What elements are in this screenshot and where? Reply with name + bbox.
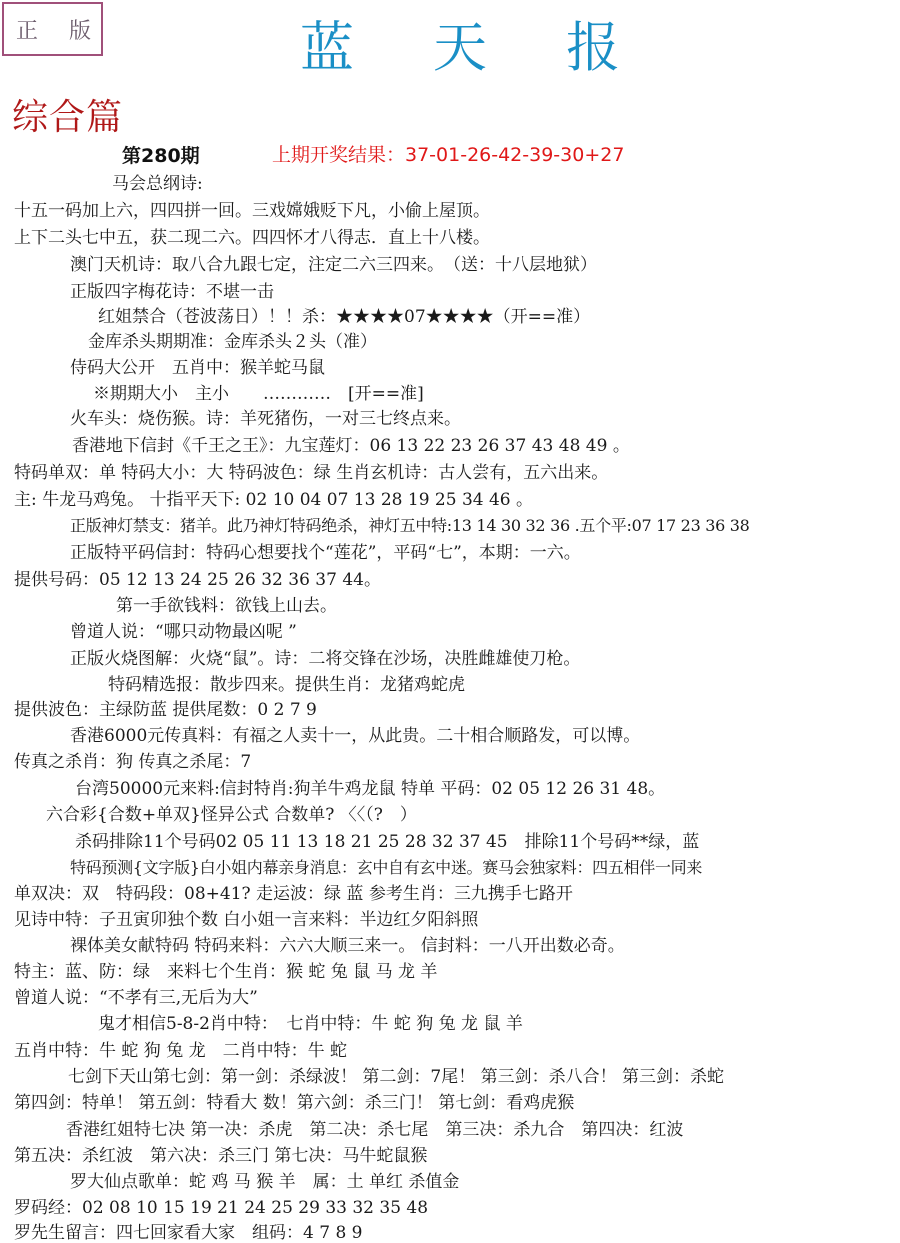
article-line: ※期期大小 主小 ………… [开==准] (93, 382, 424, 406)
masthead-char: 报 (566, 18, 620, 78)
article-line: 六合彩{合数+单双}怪异公式 合数单? 〈〈（? ） (46, 803, 417, 827)
article-line: 罗码经：02 08 10 15 19 21 24 25 29 33 32 35 … (14, 1196, 428, 1220)
article-line: 金库杀头期期准：金库杀头２头（准） (88, 330, 377, 354)
article-line: 红姐禁合（苍波荡日）！！杀：★★★★07★★★★（开==准） (98, 305, 590, 329)
article-line: 第一手欲钱料：欲钱上山去。 (116, 594, 337, 618)
article-line: 提供号码：05 12 13 24 25 26 32 36 37 44。 (14, 568, 381, 592)
article-line: 正版神灯禁支：猪羊。此乃神灯特码绝杀，神灯五中特:13 14 30 32 36 … (70, 514, 750, 538)
article-line: 十五一码加上六，四四拼一回。三戏嫦娥贬下凡，小偷上屋顶。 (14, 199, 490, 223)
article-line: 见诗中特：子丑寅卯独个数 白小姐一言来料：半边红夕阳斜照 (14, 908, 478, 932)
article-line: 罗大仙点歌单：蛇 鸡 马 猴 羊 属：土 单红 杀值金 (70, 1170, 459, 1194)
article-line: 特码单双：单 特码大小：大 特码波色：绿 生肖玄机诗：古人尝有，五六出来。 (14, 461, 608, 485)
article-line: 第五决：杀红波 第六决：杀三门 第七决：马牛蛇鼠猴 (14, 1144, 427, 1168)
article-line: 曾道人说：“不孝有三,无后为大” (14, 986, 258, 1010)
article-line: 香港地下信封《千王之王》：九宝莲灯：06 13 22 23 26 37 43 4… (72, 434, 630, 458)
article-line: 火车头：烧伤猴。诗：羊死猪伤，一对三七终点来。 (70, 407, 461, 431)
last-draw-result: 上期开奖结果：37-01-26-42-39-30+27 (272, 143, 624, 167)
article-line: 第四剑：特单！ 第五剑：特看大 数！第六剑：杀三门！ 第七剑：看鸡虎猴 (14, 1091, 574, 1115)
article-line: 提供波色：主绿防蓝 提供尾数：0 2 7 9 (14, 698, 317, 722)
article-line: 香港6000元传真料：有福之人卖十一，从此贵。二十相合顺路发，可以博。 (70, 724, 640, 748)
section-title: 综合篇 (12, 96, 123, 140)
newspaper-masthead: 蓝 天 报 (300, 18, 620, 78)
article-line: 台湾50000元来料:信封特肖:狗羊牛鸡龙鼠 特单 平码：02 05 12 26… (75, 777, 665, 801)
article-line: 特主：蓝、防：绿 来料七个生肖：猴 蛇 兔 鼠 马 龙 羊 (14, 960, 437, 984)
article-line: 正版四字梅花诗：不堪一击 (70, 280, 274, 304)
article-line: 曾道人说：“哪只动物最凶呢 ” (70, 620, 297, 644)
article-line: 正版火烧图解：火烧“鼠”。诗：二将交锋在沙场，决胜雌雄使刀枪。 (70, 647, 580, 671)
article-line: 澳门天机诗：取八合九跟七定，注定二六三四来。 （送：十八层地狱） (70, 253, 597, 277)
badge-char-left: 正 (16, 14, 38, 45)
article-line: 主: 牛龙马鸡兔。 十指平天下: 02 10 04 07 13 28 19 25… (14, 488, 533, 512)
article-line: 单双决：双 特码段：08+41? 走运波：绿 蓝 参考生肖：三九携手七路开 (14, 882, 573, 906)
article-line: 传真之杀肖：狗 传真之杀尾：7 (14, 750, 251, 774)
masthead-char: 天 (433, 18, 487, 78)
article-line: 特码预测{文字版}白小姐内幕亲身消息：玄中自有玄中迷。赛马会独家料：四五相伴一同… (70, 856, 702, 880)
article-line: 罗先生留言：四七回家看大家 组码：4 7 8 9 (14, 1221, 362, 1243)
article-line: 侍码大公开 五肖中：猴羊蛇马鼠 (70, 356, 325, 380)
article-line: 鬼才相信5-8-2肖中特： 七肖中特：牛 蛇 狗 兔 龙 鼠 羊 (98, 1012, 523, 1036)
masthead-char: 蓝 (300, 18, 354, 78)
article-line: 正版特平码信封：特码心想要找个“莲花”，平码“七”，本期：一六。 (70, 541, 581, 565)
article-line: 裸体美女献特码 特码来料：六六大顺三来一。 信封料：一八开出数必奇。 (70, 934, 625, 958)
article-line: 杀码排除11个号码02 05 11 13 18 21 25 28 32 37 4… (75, 830, 699, 854)
article-line: 香港红姐特七决 第一决：杀虎 第二决：杀七尾 第三决：杀九合 第四决：红波 (66, 1118, 683, 1142)
article-line: 五肖中特：牛 蛇 狗 兔 龙 二肖中特：牛 蛇 (14, 1039, 347, 1063)
article-line: 特码精选报：散步四来。提供生肖：龙猪鸡蛇虎 (108, 673, 465, 697)
issue-number: 第280期 (122, 144, 200, 168)
article-line: 上下二头七中五，获二现二六。四四怀才八得志．直上十八楼。 (14, 226, 490, 250)
authentic-edition-badge: 正 版 (2, 2, 103, 56)
article-line: 七剑下天山第七剑：第一剑：杀绿波！ 第二剑：7尾！ 第三剑：杀八合！ 第三剑：杀… (68, 1065, 724, 1089)
article-line: 马会总纲诗: (112, 172, 203, 196)
badge-char-right: 版 (69, 14, 91, 45)
